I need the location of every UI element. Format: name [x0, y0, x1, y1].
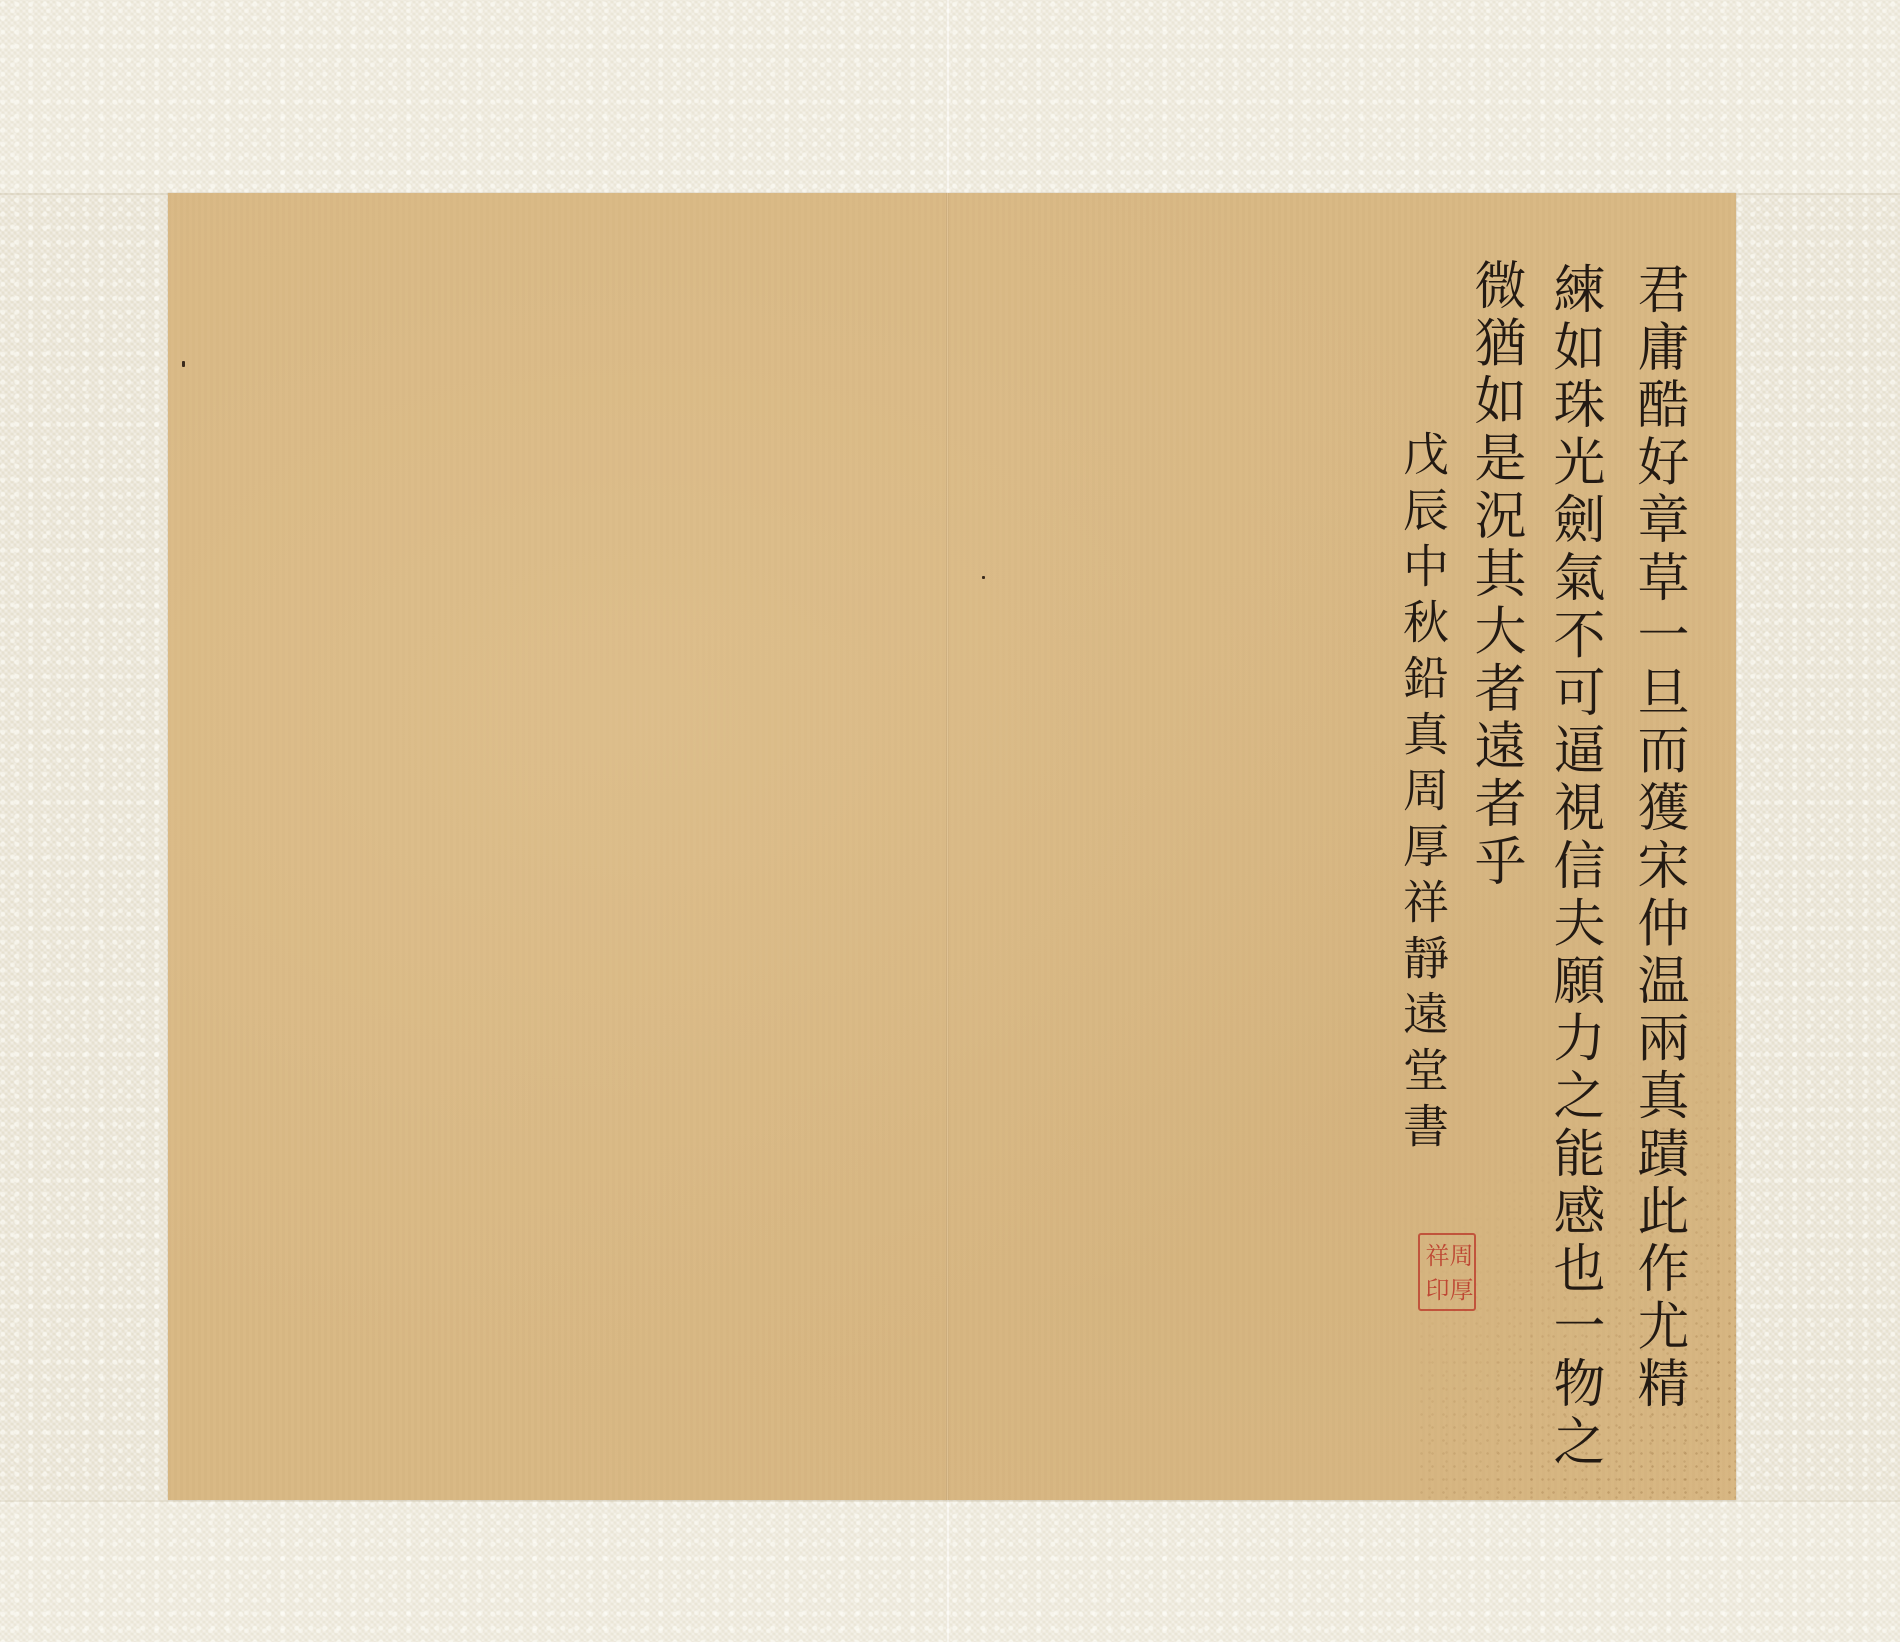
inscription-column-3: 微猶如是況其大者遠者乎	[1469, 258, 1521, 892]
silk-mount-bottom-border	[0, 1500, 1900, 1642]
seal-character: 厚	[1447, 1272, 1471, 1306]
signature-column: 戊辰中秋鉛真周厚祥靜遠堂書	[1400, 430, 1446, 1158]
inscription-column-1: 君庸酷好章草一旦而獲宋仲温兩真蹟此作尤精	[1632, 262, 1684, 1414]
seal-character: 印	[1423, 1272, 1447, 1306]
ink-mark	[182, 361, 185, 367]
center-fold	[946, 193, 949, 1500]
inscription-column-2: 練如珠光劍氣不可逼視信夫願力之能感也一物之	[1548, 262, 1600, 1472]
seal-character: 周	[1447, 1238, 1471, 1272]
ink-mark	[982, 576, 985, 579]
silk-mount-top-border	[0, 0, 1900, 193]
seal-character: 祥	[1423, 1238, 1447, 1272]
red-seal-stamp: 周 厚 祥 印	[1418, 1233, 1476, 1311]
silk-bottom-seam	[0, 1500, 1900, 1502]
